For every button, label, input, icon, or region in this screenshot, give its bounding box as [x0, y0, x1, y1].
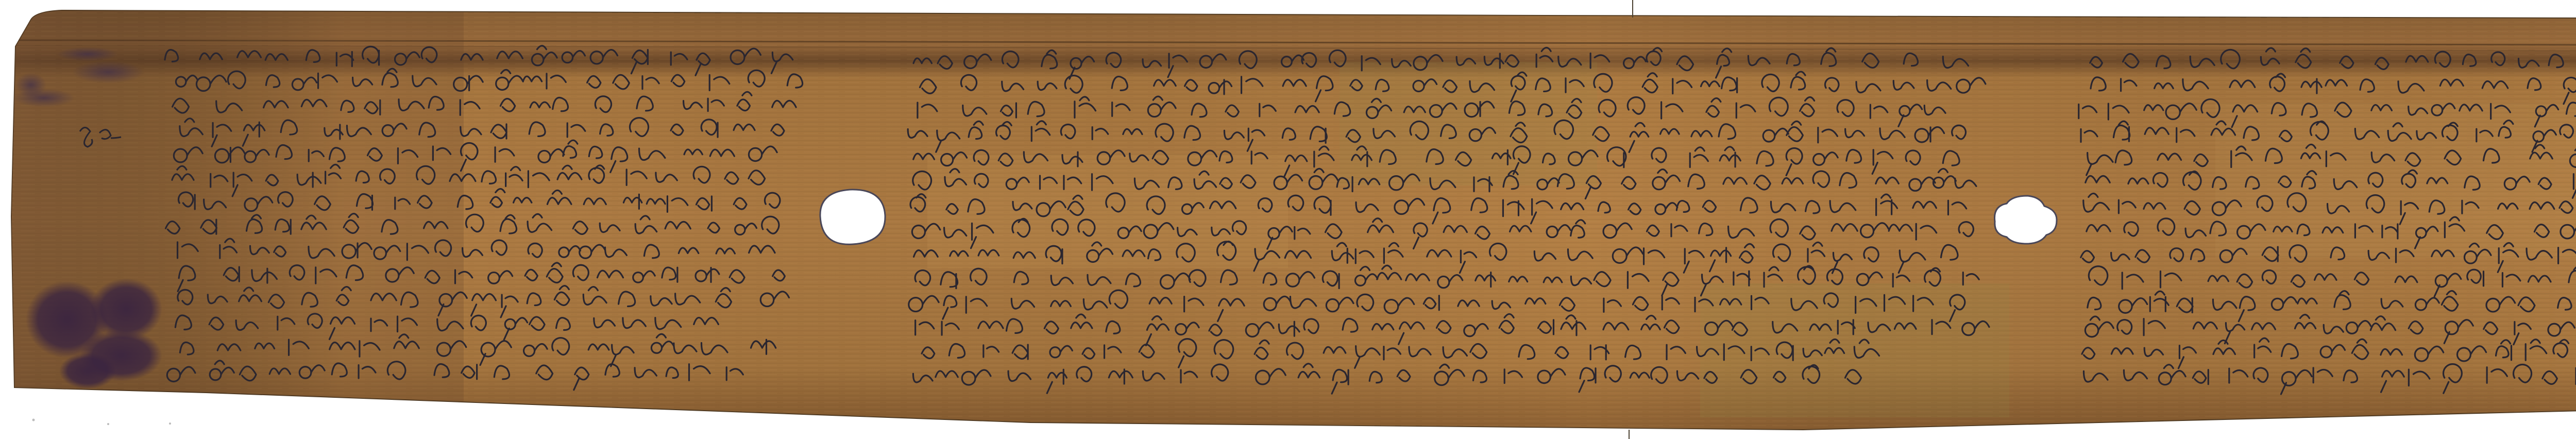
manuscript-scan — [0, 0, 2576, 439]
binding-hole-1 — [820, 190, 885, 244]
